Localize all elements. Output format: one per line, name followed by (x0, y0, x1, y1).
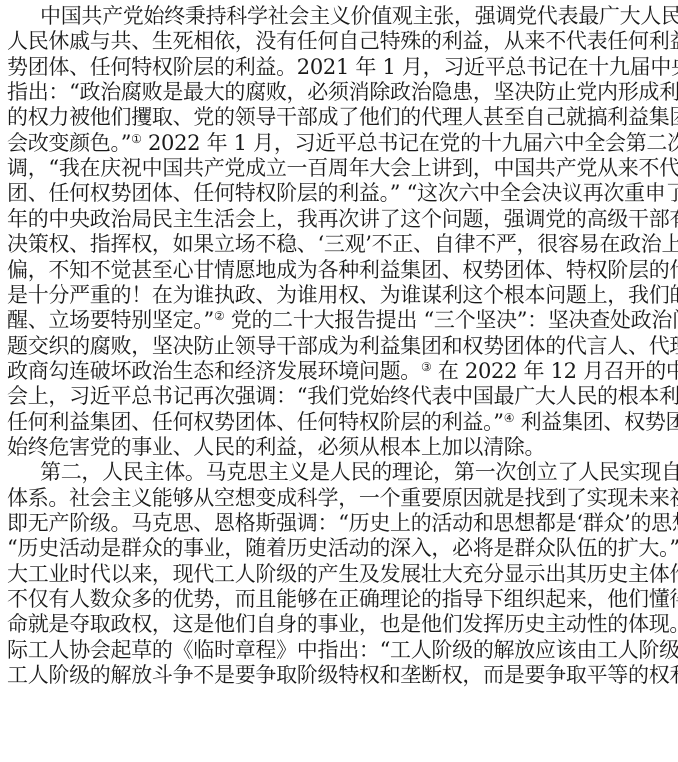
text-line: 即无产阶级。马克思、恩格斯强调：“历史上的活动和思想都是‘群众’的思想和活动” (7, 511, 671, 536)
line-text: 任何利益集团、任何权势团体、任何特权阶层的利益。” (7, 410, 504, 434)
text-line: 人民休戚与共、生死相依，没有任何自己特殊的利益，从来不代表任何利益集团、任何权 (7, 29, 671, 54)
text-line: 政商勾连破坏政治生态和经济发展环境问题。③ 在 2022 年 12 月召开的中央… (7, 359, 671, 384)
text-line: 势团体、任何特权阶层的利益。2021 年 1 月，习近平总书记在十九届中央纪委五… (7, 55, 671, 80)
document-page: 中国共产党始终秉持科学社会主义价值观主张，强调党代表最广大人民根本利益，与人民休… (0, 0, 678, 762)
line-text-continued: 在 2022 年 12 月召开的中央政治局民主生活 (431, 359, 678, 383)
line-text: 题交织的腐败，坚决防止领导干部成为利益集团和权势团体的代言人、代理人，坚决治理 (7, 334, 678, 358)
line-text: 第二，人民主体。马克思主义是人民的理论，第一次创立了人民实现自身解放的思想 (40, 460, 678, 484)
text-line: 中国共产党始终秉持科学社会主义价值观主张，强调党代表最广大人民根本利益，与 (40, 4, 671, 29)
text-line: 任何利益集团、任何权势团体、任何特权阶层的利益。”④ 利益集团、权势团体、特权阶… (7, 410, 671, 435)
line-text: 会改变颜色。” (7, 131, 131, 155)
text-line: 是十分严重的！在为谁执政、为谁用权、为谁谋利这个根本问题上，我们的头脑要特别清 (7, 283, 671, 308)
text-line: 团、任何权势团体、任何特权阶层的利益。” “这次六中全会决议再次重申了这句话。在… (7, 181, 671, 206)
line-text-continued: 党的二十大报告提出 “三个坚决”：坚决查处政治问题和经济问 (224, 308, 678, 332)
text-line: 第二，人民主体。马克思主义是人民的理论，第一次创立了人民实现自身解放的思想 (40, 460, 671, 485)
text-line: 年的中央政治局民主生活会上，我再次讲了这个问题，强调党的高级干部有相当的领导权、 (7, 207, 671, 232)
line-text: 际工人协会起草的《临时章程》中指出：“工人阶级的解放应该由工人阶级自己去争取； (7, 638, 678, 662)
text-line: 际工人协会起草的《临时章程》中指出：“工人阶级的解放应该由工人阶级自己去争取； (7, 638, 671, 663)
footnote-marker[interactable]: ④ (504, 411, 514, 425)
line-text: 是十分严重的！在为谁执政、为谁用权、为谁谋利这个根本问题上，我们的头脑要特别清 (7, 283, 678, 307)
text-line: 大工业时代以来，现代工人阶级的产生及发展壮大充分显示出其历史主体作用。工人阶级 (7, 562, 671, 587)
text-line: 始终危害党的事业、人民的利益，必须从根本上加以清除。 (7, 435, 671, 460)
footnote-marker[interactable]: ② (214, 309, 224, 323)
text-line: 偏，不知不觉甚至心甘情愿地成为各种利益集团、权势团体、特权阶层的代言人，那后果 (7, 258, 671, 283)
line-text-continued: 2022 年 1 月，习近平总书记在党的十九届六中全会第二次全体会议上强 (142, 131, 678, 155)
line-text: 决策权、指挥权，如果立场不稳、‘三观’不正、自律不严，很容易在政治上、政策上走 (7, 232, 678, 256)
line-text: 工人阶级的解放斗争不是要争取阶级特权和垄断权，而是要争取平等的权利和义务，并消 (7, 663, 678, 687)
text-line: 命就是夺取政权，这是他们自身的事业，也是他们发挥历史主动性的体现。马克思在为国 (7, 612, 671, 637)
line-text: 中国共产党始终秉持科学社会主义价值观主张，强调党代表最广大人民根本利益，与 (40, 4, 678, 28)
line-text: 醒、立场要特别坚定。” (7, 308, 214, 332)
line-text: 偏，不知不觉甚至心甘情愿地成为各种利益集团、权势团体、特权阶层的代言人，那后果 (7, 258, 678, 282)
text-line: 醒、立场要特别坚定。”② 党的二十大报告提出 “三个坚决”：坚决查处政治问题和经… (7, 308, 671, 333)
text-line: 会改变颜色。”① 2022 年 1 月，习近平总书记在党的十九届六中全会第二次全… (7, 131, 671, 156)
line-text: 命就是夺取政权，这是他们自身的事业，也是他们发挥历史主动性的体现。马克思在为国 (7, 612, 678, 636)
footnote-marker[interactable]: ① (131, 132, 141, 146)
line-text: 团、任何权势团体、任何特权阶层的利益。” “这次六中全会决议再次重申了这句话。在… (7, 181, 678, 205)
line-text: 政商勾连破坏政治生态和经济发展环境问题。 (7, 359, 421, 383)
line-text: 会上，习近平总书记再次强调：“我们党始终代表中国最广大人民的根本利益，从来不代表 (7, 384, 678, 408)
text-line: “历史活动是群众的事业，随着历史活动的深入，必将是群众队伍的扩大。”⑤ 特别是进… (7, 536, 671, 561)
footnote-marker[interactable]: ③ (421, 360, 431, 374)
line-text: 势团体、任何特权阶层的利益。2021 年 1 月，习近平总书记在十九届中央纪委五… (7, 55, 678, 79)
line-text-continued: 利益集团、权势团体、特权阶层 (514, 410, 678, 434)
line-text: 大工业时代以来，现代工人阶级的产生及发展壮大充分显示出其历史主体作用。工人阶级 (7, 562, 678, 586)
text-line: 体系。社会主义能够从空想变成科学，一个重要原因就是找到了实现未来社会的阶级力量 (7, 486, 671, 511)
text-line: 工人阶级的解放斗争不是要争取阶级特权和垄断权，而是要争取平等的权利和义务，并消 (7, 663, 671, 688)
line-text: 指出：“政治腐败是最大的腐败，必须消除政治隐患，坚决防止党内形成利益集团，如果党 (7, 80, 678, 104)
text-line: 不仅有人数众多的优势，而且能够在正确理论的指导下组织起来，他们懂得自己的历史使 (7, 587, 671, 612)
text-line: 指出：“政治腐败是最大的腐败，必须消除政治隐患，坚决防止党内形成利益集团，如果党 (7, 80, 671, 105)
line-text: 始终危害党的事业、人民的利益，必须从根本上加以清除。 (7, 435, 545, 459)
line-text: 体系。社会主义能够从空想变成科学，一个重要原因就是找到了实现未来社会的阶级力量 (7, 486, 678, 510)
line-text: 即无产阶级。马克思、恩格斯强调：“历史上的活动和思想都是‘群众’的思想和活动” (7, 511, 678, 535)
line-text: 不仅有人数众多的优势，而且能够在正确理论的指导下组织起来，他们懂得自己的历史使 (7, 587, 678, 611)
line-text: 调，“我在庆祝中国共产党成立一百周年大会上讲到，中国共产党从来不代表任何利益集 (7, 156, 678, 180)
text-line: 决策权、指挥权，如果立场不稳、‘三观’不正、自律不严，很容易在政治上、政策上走 (7, 232, 671, 257)
line-text: “历史活动是群众的事业，随着历史活动的深入，必将是群众队伍的扩大。” (7, 536, 678, 560)
text-line: 的权力被他们攫取、党的领导干部成了他们的代理人甚至自己就搞利益集团，红色江山就 (7, 105, 671, 130)
text-line: 题交织的腐败，坚决防止领导干部成为利益集团和权势团体的代言人、代理人，坚决治理 (7, 334, 671, 359)
line-text: 的权力被他们攫取、党的领导干部成了他们的代理人甚至自己就搞利益集团，红色江山就 (7, 105, 678, 129)
text-line: 会上，习近平总书记再次强调：“我们党始终代表中国最广大人民的根本利益，从来不代表 (7, 384, 671, 409)
line-text: 人民休戚与共、生死相依，没有任何自己特殊的利益，从来不代表任何利益集团、任何权 (7, 29, 678, 53)
text-line: 调，“我在庆祝中国共产党成立一百周年大会上讲到，中国共产党从来不代表任何利益集 (7, 156, 671, 181)
line-text: 年的中央政治局民主生活会上，我再次讲了这个问题，强调党的高级干部有相当的领导权、 (7, 207, 678, 231)
